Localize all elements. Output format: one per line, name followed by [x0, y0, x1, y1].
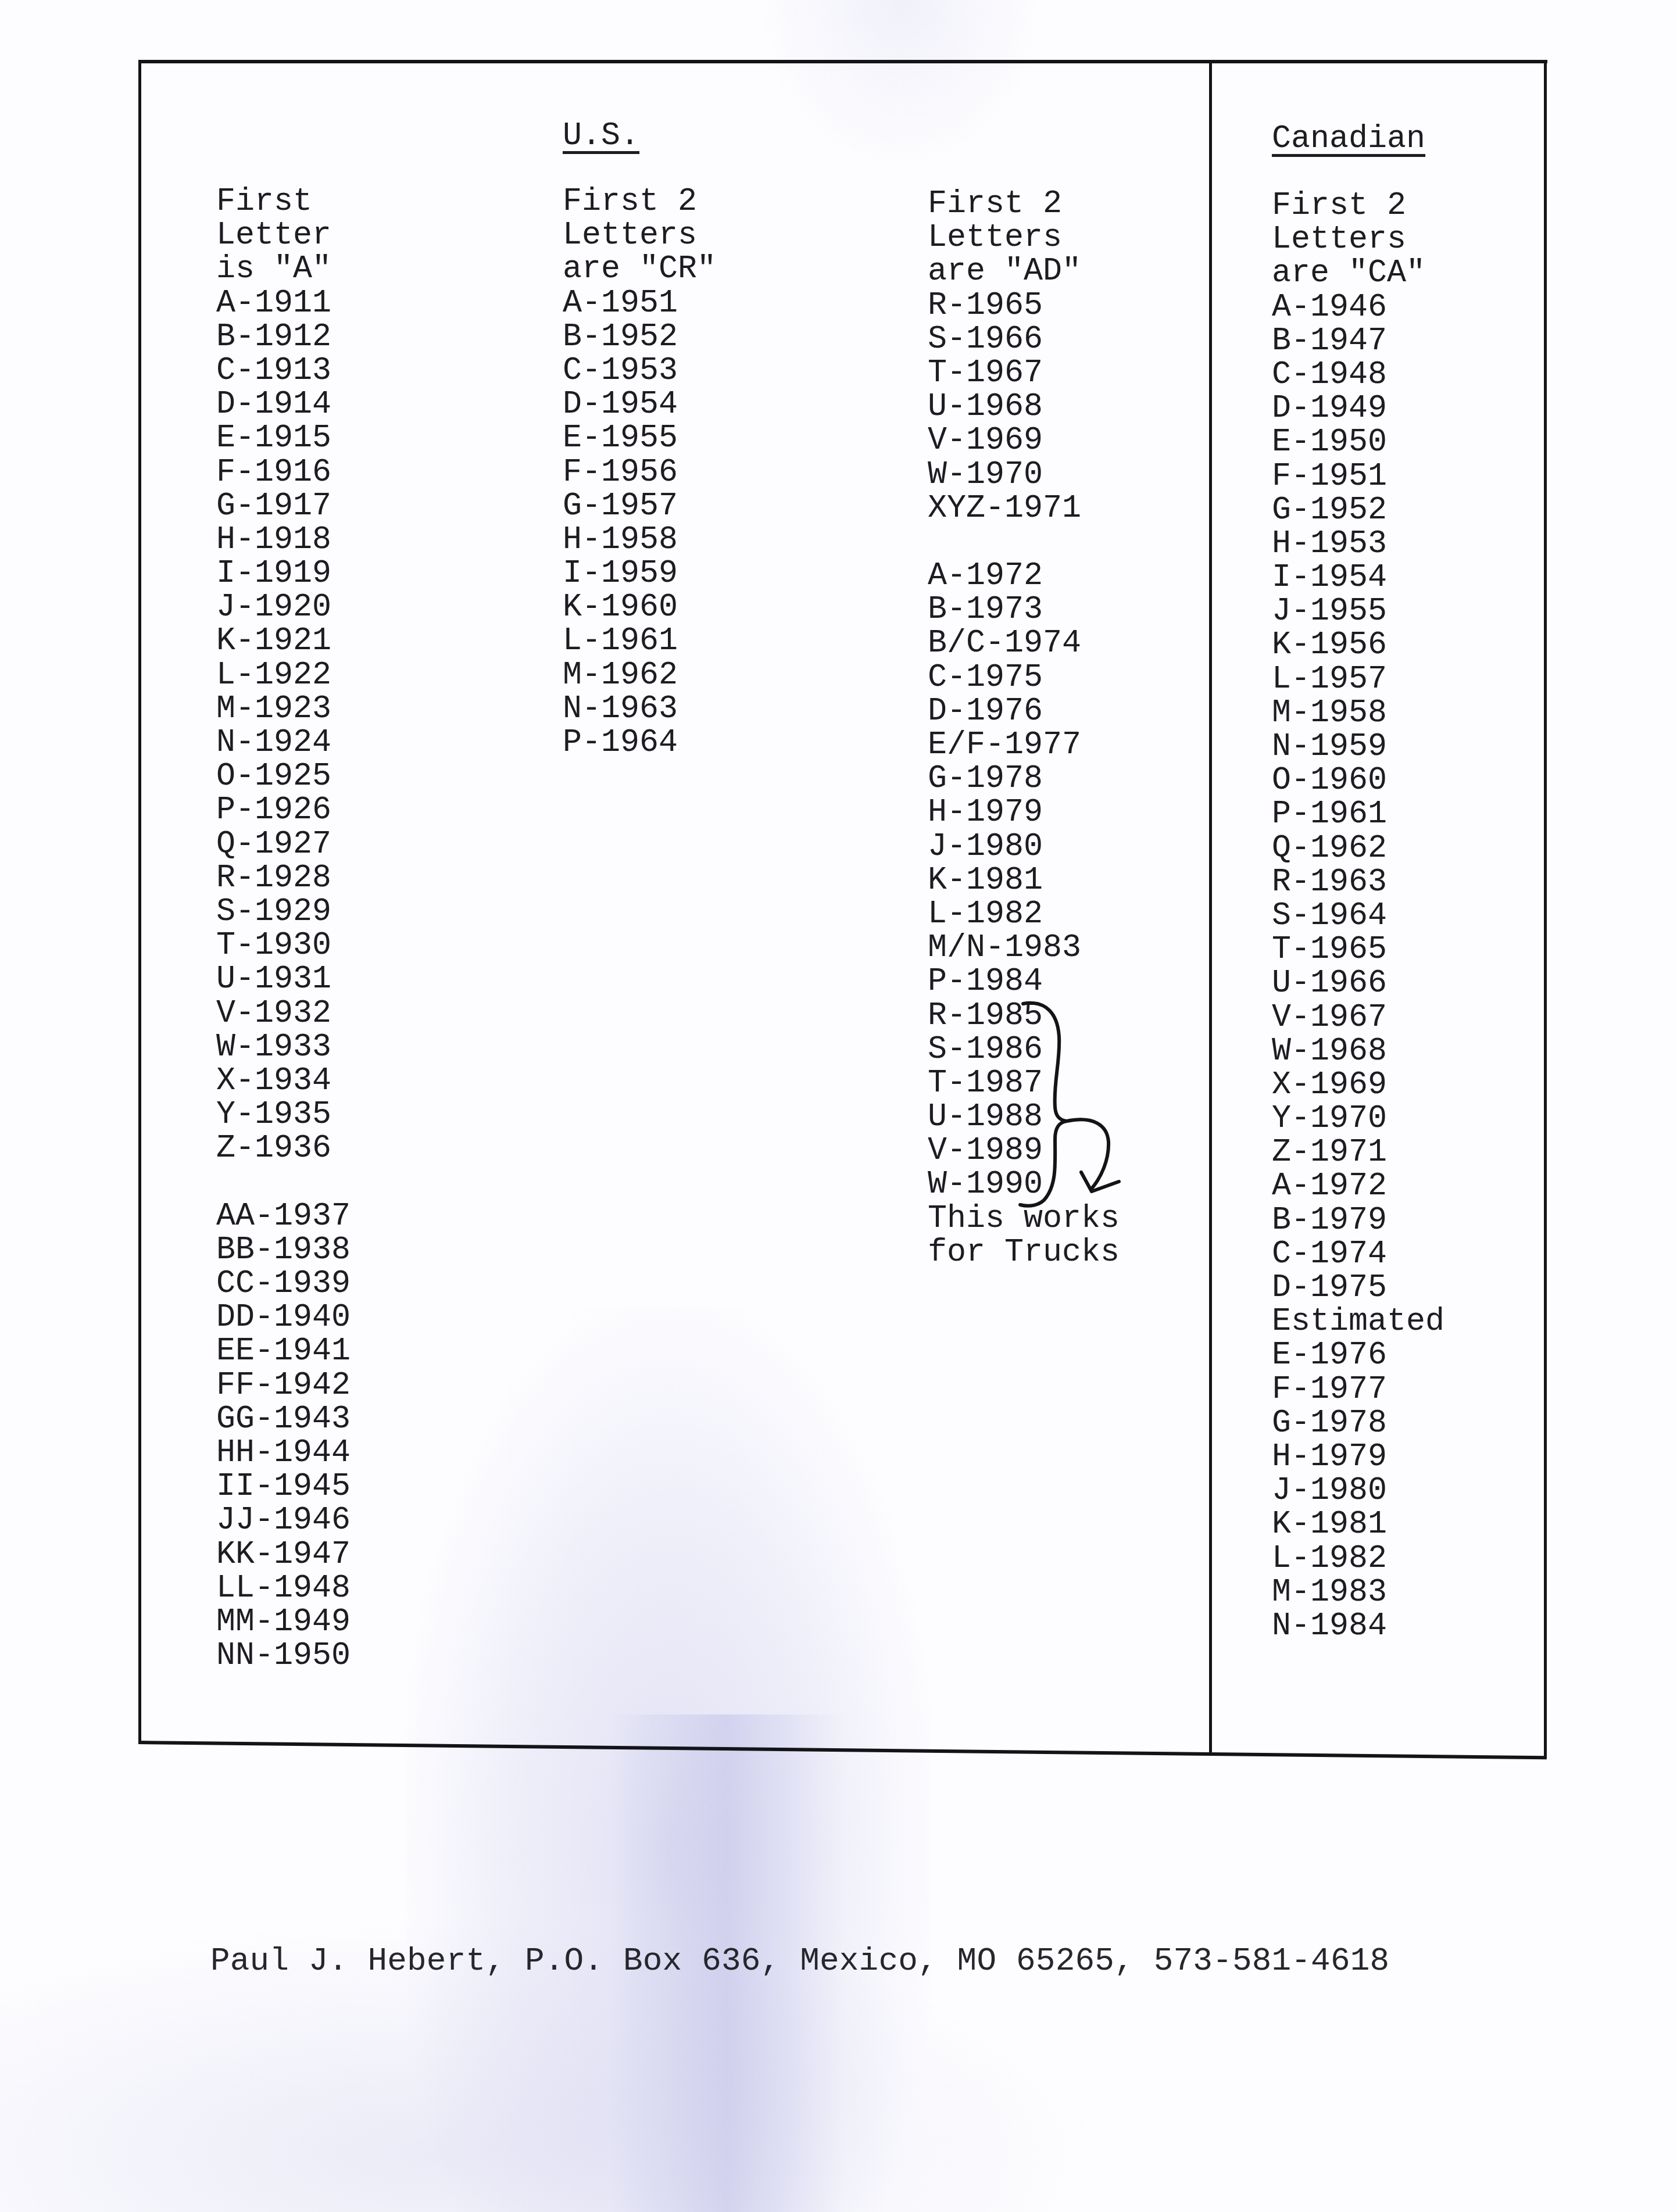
- year-code-entry: KK-1947: [216, 1538, 351, 1572]
- year-code-entry: L-1961: [563, 624, 716, 658]
- year-code-entry: A-1972: [1272, 1169, 1444, 1203]
- column-header-line: First 2: [563, 185, 716, 219]
- year-code-entry: Z-1936: [216, 1132, 351, 1165]
- year-code-entry: W-1933: [216, 1030, 351, 1064]
- year-code-entry: A-1946: [1272, 291, 1444, 324]
- year-code-entry: II-1945: [216, 1470, 351, 1504]
- column-header-line: First 2: [1272, 189, 1444, 223]
- year-code-entry: D-1976: [928, 695, 1120, 728]
- year-code-entry: R-1965: [928, 289, 1120, 323]
- table-border-top: [140, 60, 1547, 63]
- year-code-entry: H-1953: [1272, 527, 1444, 561]
- year-code-entry: MM-1949: [216, 1605, 351, 1639]
- year-code-entry: B-1947: [1272, 324, 1444, 358]
- year-code-entry: T-1930: [216, 929, 351, 962]
- year-code-entry: W-1970: [928, 458, 1120, 492]
- year-code-entry: P-1926: [216, 793, 351, 827]
- column-header-line: First 2: [928, 187, 1120, 221]
- year-code-entry: N-1984: [1272, 1609, 1444, 1643]
- table-border-bottom: [138, 1741, 1547, 1759]
- year-code-entry: Y-1935: [216, 1098, 351, 1132]
- year-code-entry: G-1957: [563, 489, 716, 523]
- year-code-entry: D-1975: [1272, 1271, 1444, 1305]
- year-code-entry: A-1951: [563, 287, 716, 320]
- year-code-entry: H-1979: [1272, 1440, 1444, 1474]
- year-code-entry: T-1967: [928, 356, 1120, 390]
- year-code-entry: X-1934: [216, 1064, 351, 1098]
- year-code-entry: BB-1938: [216, 1233, 351, 1267]
- year-code-entry: L-1982: [928, 897, 1120, 931]
- year-code-entry: J-1920: [216, 590, 351, 624]
- year-code-entry: D-1949: [1272, 392, 1444, 425]
- year-code-entry: E-1976: [1272, 1338, 1444, 1372]
- us-canada-divider: [1209, 63, 1212, 1752]
- year-code-entry: P-1961: [1272, 797, 1444, 831]
- year-code-entry: Y-1970: [1272, 1102, 1444, 1136]
- spacer: [928, 525, 1120, 559]
- paper-stain: [407, 1308, 930, 2212]
- year-code-entry: N-1924: [216, 726, 351, 760]
- section-header-us: U.S.: [563, 119, 639, 153]
- year-code-entry: V-1932: [216, 997, 351, 1030]
- year-code-entry: NN-1950: [216, 1639, 351, 1673]
- table-border-right: [1544, 63, 1547, 1758]
- year-code-entry: S-1929: [216, 895, 351, 929]
- year-code-entry: X-1969: [1272, 1068, 1444, 1102]
- year-code-entry: L-1957: [1272, 663, 1444, 696]
- year-code-entry: Z-1971: [1272, 1136, 1444, 1169]
- year-code-entry: S-1964: [1272, 899, 1444, 933]
- year-code-entry: HH-1944: [216, 1436, 351, 1470]
- year-code-entry: XYZ-1971: [928, 492, 1120, 525]
- column-header-line: are "AD": [928, 255, 1120, 288]
- year-code-entry: B-1952: [563, 320, 716, 354]
- column-header-line: are "CA": [1272, 256, 1444, 290]
- year-code-entry: FF-1942: [216, 1369, 351, 1402]
- estimated-label: Estimated: [1272, 1305, 1444, 1338]
- trucks-note: for Trucks: [928, 1236, 1120, 1269]
- year-code-entry: Q-1927: [216, 828, 351, 861]
- year-code-entry: O-1925: [216, 760, 351, 793]
- year-code-entry: D-1914: [216, 388, 351, 421]
- year-code-entry: F-1951: [1272, 460, 1444, 493]
- year-code-entry: L-1982: [1272, 1542, 1444, 1576]
- year-code-entry: B-1912: [216, 320, 351, 354]
- column-header-line: Letter: [216, 219, 351, 252]
- paper-stain: [756, 0, 1046, 174]
- year-code-entry: U-1931: [216, 962, 351, 996]
- year-code-entry: P-1964: [563, 726, 716, 760]
- year-code-entry: K-1981: [1272, 1508, 1444, 1541]
- year-code-entry: M-1923: [216, 692, 351, 726]
- year-code-entry: I-1919: [216, 557, 351, 590]
- year-code-entry: K-1981: [928, 864, 1120, 897]
- year-code-entry: F-1916: [216, 456, 351, 489]
- year-code-entry: C-1975: [928, 661, 1120, 695]
- year-code-entry: Q-1962: [1272, 832, 1444, 865]
- brace-arrow-icon: [1023, 997, 1163, 1212]
- year-code-entry: J-1955: [1272, 595, 1444, 628]
- year-code-entry: C-1974: [1272, 1237, 1444, 1271]
- year-code-entry: B-1979: [1272, 1204, 1444, 1237]
- year-code-entry: U-1968: [928, 390, 1120, 424]
- year-code-entry: N-1963: [563, 692, 716, 726]
- year-code-entry: W-1968: [1272, 1035, 1444, 1068]
- year-code-entry: O-1960: [1272, 764, 1444, 797]
- year-code-entry: J-1980: [1272, 1474, 1444, 1508]
- column-us-first-two-cr: First 2Lettersare "CR"A-1951B-1952C-1953…: [563, 185, 716, 760]
- year-code-entry: F-1977: [1272, 1373, 1444, 1406]
- column-header-line: are "CR": [563, 252, 716, 286]
- year-code-entry: E-1950: [1272, 425, 1444, 459]
- year-code-entry: G-1978: [928, 762, 1120, 796]
- year-code-entry: E/F-1977: [928, 728, 1120, 762]
- year-code-entry: M/N-1983: [928, 931, 1120, 965]
- year-code-entry: G-1917: [216, 489, 351, 523]
- year-code-entry: C-1913: [216, 354, 351, 388]
- year-code-entry: V-1969: [928, 424, 1120, 457]
- table-border-left: [138, 60, 141, 1744]
- year-code-entry: I-1954: [1272, 561, 1444, 595]
- column-us-first-letter-a: FirstLetteris "A"A-1911B-1912C-1913D-191…: [216, 185, 351, 1673]
- year-code-entry: K-1956: [1272, 628, 1444, 662]
- year-code-entry: JJ-1946: [216, 1504, 351, 1537]
- year-code-entry: P-1984: [928, 965, 1120, 998]
- year-code-entry: D-1954: [563, 388, 716, 421]
- year-code-entry: N-1959: [1272, 730, 1444, 764]
- year-code-entry: M-1983: [1272, 1576, 1444, 1609]
- year-code-entry: H-1958: [563, 523, 716, 557]
- year-code-entry: E-1915: [216, 421, 351, 455]
- year-code-entry: R-1963: [1272, 865, 1444, 899]
- year-code-entry: T-1965: [1272, 933, 1444, 967]
- column-header-line: Letters: [563, 219, 716, 252]
- year-code-entry: C-1948: [1272, 358, 1444, 392]
- year-code-entry: H-1979: [928, 796, 1120, 829]
- year-code-entry: J-1980: [928, 830, 1120, 864]
- year-code-entry: U-1966: [1272, 967, 1444, 1000]
- spacer: [216, 1165, 351, 1199]
- year-code-entry: S-1966: [928, 323, 1120, 356]
- year-code-entry: V-1967: [1272, 1001, 1444, 1035]
- year-code-entry: A-1911: [216, 287, 351, 320]
- year-code-entry: M-1958: [1272, 696, 1444, 730]
- year-code-entry: LL-1948: [216, 1572, 351, 1605]
- year-code-entry: EE-1941: [216, 1334, 351, 1368]
- year-code-entry: AA-1937: [216, 1200, 351, 1233]
- year-code-entry: K-1960: [563, 590, 716, 624]
- year-code-entry: G-1952: [1272, 493, 1444, 527]
- column-header-line: Letters: [928, 221, 1120, 255]
- year-code-entry: F-1956: [563, 456, 716, 489]
- year-code-entry: DD-1940: [216, 1301, 351, 1334]
- year-code-entry: K-1921: [216, 624, 351, 658]
- footer-contact: Paul J. Hebert, P.O. Box 636, Mexico, MO…: [210, 1942, 1389, 1980]
- year-code-entry: H-1918: [216, 523, 351, 557]
- column-canadian-first-two-ca: First 2Lettersare "CA"A-1946B-1947C-1948…: [1272, 189, 1444, 1643]
- year-code-entry: B/C-1974: [928, 627, 1120, 660]
- year-code-entry: E-1955: [563, 421, 716, 455]
- year-code-entry: R-1928: [216, 861, 351, 895]
- column-header-line: Letters: [1272, 223, 1444, 256]
- year-code-entry: L-1922: [216, 658, 351, 692]
- year-code-entry: B-1973: [928, 593, 1120, 627]
- year-code-entry: I-1959: [563, 557, 716, 590]
- year-code-entry: M-1962: [563, 658, 716, 692]
- year-code-entry: G-1978: [1272, 1406, 1444, 1440]
- section-header-canadian: Canadian: [1272, 122, 1425, 156]
- year-code-entry: CC-1939: [216, 1267, 351, 1301]
- year-code-entry: C-1953: [563, 354, 716, 388]
- year-code-entry: A-1972: [928, 559, 1120, 593]
- year-code-entry: GG-1943: [216, 1402, 351, 1436]
- column-header-line: is "A": [216, 252, 351, 286]
- column-header-line: First: [216, 185, 351, 219]
